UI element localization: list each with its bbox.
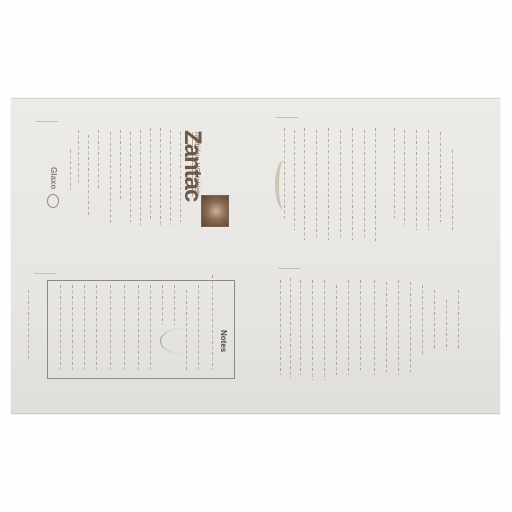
glaxo-logo: Glaxo: [49, 167, 58, 189]
page-label: [276, 117, 298, 118]
zantac-photo-image: [201, 195, 229, 227]
seal-icon: [47, 194, 59, 208]
page-label: [36, 121, 58, 122]
page-label: [278, 268, 300, 269]
notes-doodle: [160, 328, 207, 354]
zantac-logo: Zantac: [178, 130, 206, 201]
notes-label: Notes: [219, 330, 228, 352]
page-label: [34, 273, 56, 274]
